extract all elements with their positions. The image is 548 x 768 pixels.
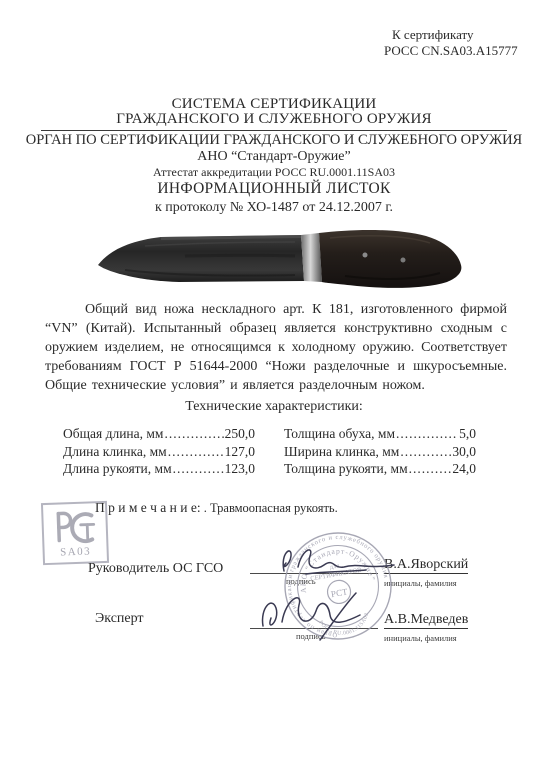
spec-leader-dots <box>164 425 223 443</box>
spec-value: 127,0 <box>225 443 255 461</box>
document-title: ИНФОРМАЦИОННЫЙ ЛИСТОК <box>0 181 548 197</box>
signature-role-head: Руководитель ОС ГСО <box>88 561 223 577</box>
spec-leader-dots <box>400 443 451 461</box>
document-header: СИСТЕМА СЕРТИФИКАЦИИ ГРАЖДАНСКОГО И СЛУЖ… <box>0 97 548 179</box>
spec-leader-dots <box>409 460 452 478</box>
spec-leader-dots <box>396 425 458 443</box>
knife-photo <box>95 226 467 292</box>
round-stamp-outer-text: Орган по сертификации гражданского и слу… <box>278 526 398 646</box>
handle-pin-icon <box>363 253 368 258</box>
specs-column-right: Толщина обуха, мм 5,0 Ширина клинка, мм … <box>284 425 476 478</box>
signature-role-expert: Эксперт <box>95 611 144 627</box>
spec-value: 30,0 <box>452 443 476 461</box>
spec-value: 5,0 <box>459 425 476 443</box>
document-title-block: ИНФОРМАЦИОННЫЙ ЛИСТОК к протоколу № ХО-1… <box>0 181 548 215</box>
certification-body-line: ОРГАН ПО СЕРТИФИКАЦИИ ГРАЖДАНСКОГО И СЛУ… <box>0 133 548 148</box>
rst-logo-icon <box>45 503 104 545</box>
round-stamp: Орган по сертификации гражданского и слу… <box>264 512 412 660</box>
svg-text:Орган по сертификации гражданс: Орган по сертификации гражданского и слу… <box>278 526 398 646</box>
specs-title: Технические характеристики: <box>0 399 548 415</box>
spec-label: Длина рукояти, мм <box>63 460 172 478</box>
spec-row: Толщина обуха, мм 5,0 <box>284 425 476 443</box>
spec-leader-dots <box>168 443 224 461</box>
certificate-reference-line1: К сертификату <box>384 27 518 43</box>
certificate-info-sheet: К сертификату РОСС CN.SA03.A15777 СИСТЕМ… <box>0 0 548 768</box>
spec-value: 250,0 <box>225 425 255 443</box>
spec-value: 123,0 <box>225 460 255 478</box>
spec-label: Ширина клинка, мм <box>284 443 399 461</box>
protocol-line: к протоколу № ХО-1487 от 24.12.2007 г. <box>0 200 548 215</box>
spec-row: Общая длина, мм 250,0 <box>63 425 255 443</box>
system-title-line1: СИСТЕМА СЕРТИФИКАЦИИ <box>0 97 548 112</box>
certificate-reference: К сертификату РОСС CN.SA03.A15777 <box>384 27 518 59</box>
organization-name: АНО “Стандарт-Оружие” <box>0 149 548 164</box>
handle-pin-icon <box>401 258 406 263</box>
system-title-line2: ГРАЖДАНСКОГО И СЛУЖЕБНОГО ОРУЖИЯ <box>0 112 548 127</box>
note-label: П р и м е ч а н и е: <box>95 500 201 515</box>
round-stamp-logo: РСТ <box>330 586 349 599</box>
spec-label: Толщина рукояти, мм <box>284 460 408 478</box>
spec-row: Толщина рукояти, мм 24,0 <box>284 460 476 478</box>
spec-row: Ширина клинка, мм 30,0 <box>284 443 476 461</box>
specs-column-left: Общая длина, мм 250,0 Длина клинка, мм 1… <box>63 425 255 478</box>
header-divider <box>41 130 507 131</box>
spec-label: Общая длина, мм <box>63 425 163 443</box>
spec-row: Длина рукояти, мм 123,0 <box>63 460 255 478</box>
spec-row: Длина клинка, мм 127,0 <box>63 443 255 461</box>
knife-bolster <box>301 233 322 282</box>
rect-stamp: SA03 <box>41 501 109 565</box>
description-paragraph: Общий вид ножа нескладного арт. К 181, и… <box>45 300 507 395</box>
rect-stamp-code: SA03 <box>44 545 106 559</box>
spec-leader-dots <box>173 460 224 478</box>
spec-value: 24,0 <box>452 460 476 478</box>
spec-label: Толщина обуха, мм <box>284 425 395 443</box>
certificate-reference-number: РОСС CN.SA03.A15777 <box>384 43 518 59</box>
accreditation-line: Аттестат аккредитации РОСС RU.0001.11SA0… <box>0 166 548 179</box>
spec-label: Длина клинка, мм <box>63 443 167 461</box>
